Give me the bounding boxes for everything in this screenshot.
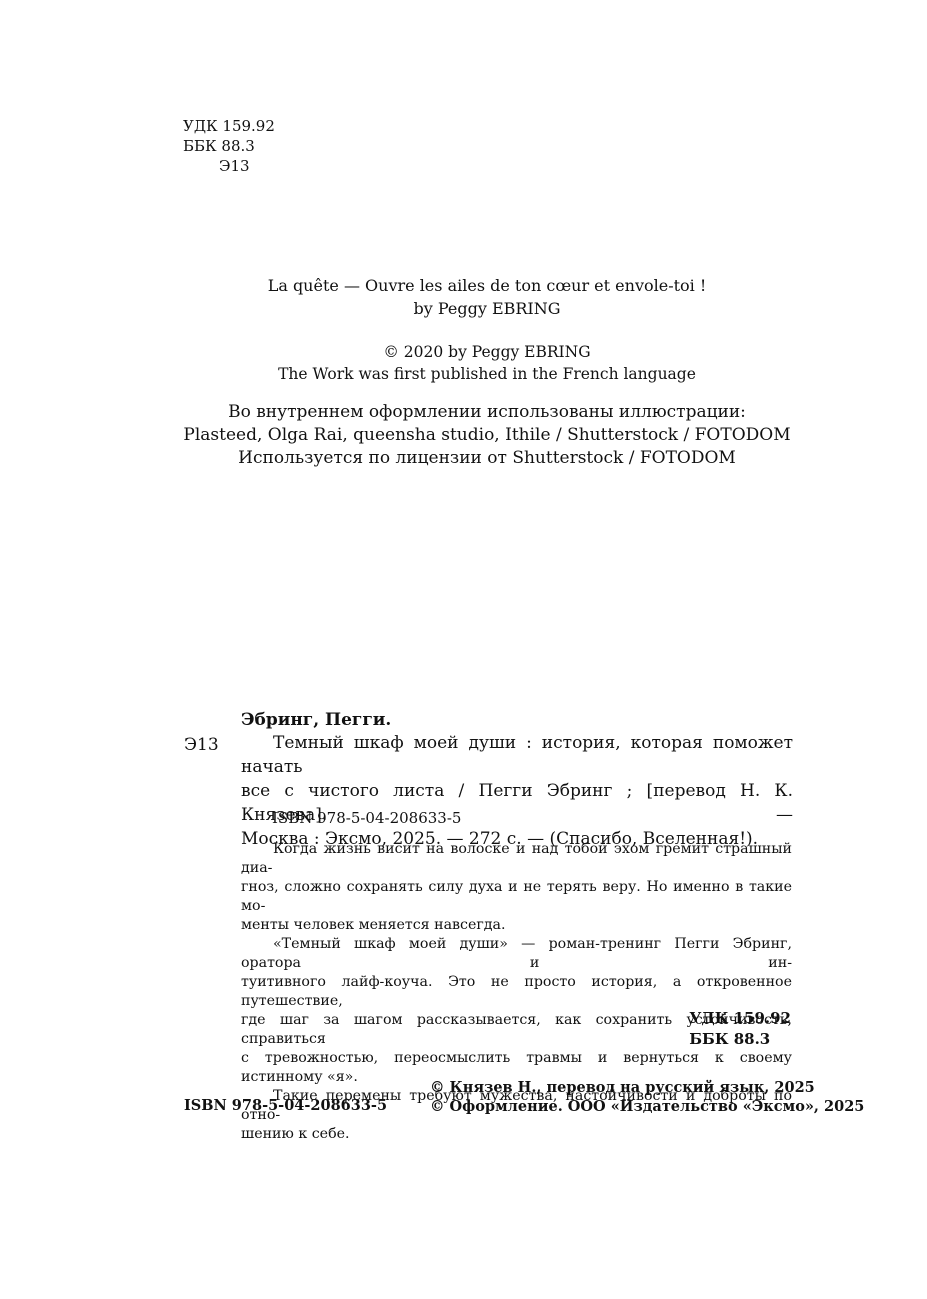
original-copyright-block: © 2020 by Peggy EBRING The Work was firs… [0,341,927,385]
record-author-mark: Э13 [184,733,219,757]
author-mark: Э13 [183,156,275,176]
original-author: by Peggy EBRING [0,297,927,320]
classification-bottom: УДК 159.92 ББК 88.3 [689,1008,791,1050]
bbk-code: ББК 88.3 [183,136,275,156]
original-title: La quête — Ouvre les ailes de ton cœur e… [0,274,927,297]
bbk-code-bottom: ББК 88.3 [689,1029,791,1050]
annotation-line: Когда жизнь висит на волоске и над тобой… [241,840,792,878]
annotation-line: «Темный шкаф моей души» — роман-тренинг … [241,935,792,973]
annotation-line: туитивного лайф-коуча. Это не просто ист… [241,973,792,1011]
translation-copyright: © Князев Н., перевод на русский язык, 20… [430,1078,864,1097]
biblio-line: Темный шкаф моей души : история, которая… [241,731,793,779]
footer-copyrights: © Князев Н., перевод на русский язык, 20… [430,1078,864,1116]
classification-top: УДК 159.92 ББК 88.3 Э13 [183,116,275,176]
language-note: The Work was first published in the Fren… [0,363,927,385]
record-author-heading: Эбринг, Пегги. [241,708,391,732]
annotation-line: менты человек меняется навсегда. [241,916,792,935]
footer-isbn: ISBN 978-5-04-208633-5 [184,1096,387,1116]
illustration-credits: Во внутреннем оформлении использованы ил… [0,401,927,470]
credits-line-3: Используется по лицензии от Shutterstock… [0,447,927,470]
original-copyright: © 2020 by Peggy EBRING [0,341,927,363]
credits-line-2: Plasteed, Olga Rai, queensha studio, Ith… [0,424,927,447]
udk-code: УДК 159.92 [183,116,275,136]
design-copyright: © Оформление. ООО «Издательство «Эксмо»,… [430,1097,864,1116]
bibliographic-description: Темный шкаф моей души : история, которая… [241,731,793,851]
annotation-line: гноз, сложно сохранять силу духа и не те… [241,878,792,916]
annotation-line: шению к себе. [241,1125,792,1144]
udk-code-bottom: УДК 159.92 [689,1008,791,1029]
record-isbn: ISBN 978-5-04-208633-5 [272,808,461,828]
credits-line-1: Во внутреннем оформлении использованы ил… [0,401,927,424]
original-title-block: La quête — Ouvre les ailes de ton cœur e… [0,274,927,320]
